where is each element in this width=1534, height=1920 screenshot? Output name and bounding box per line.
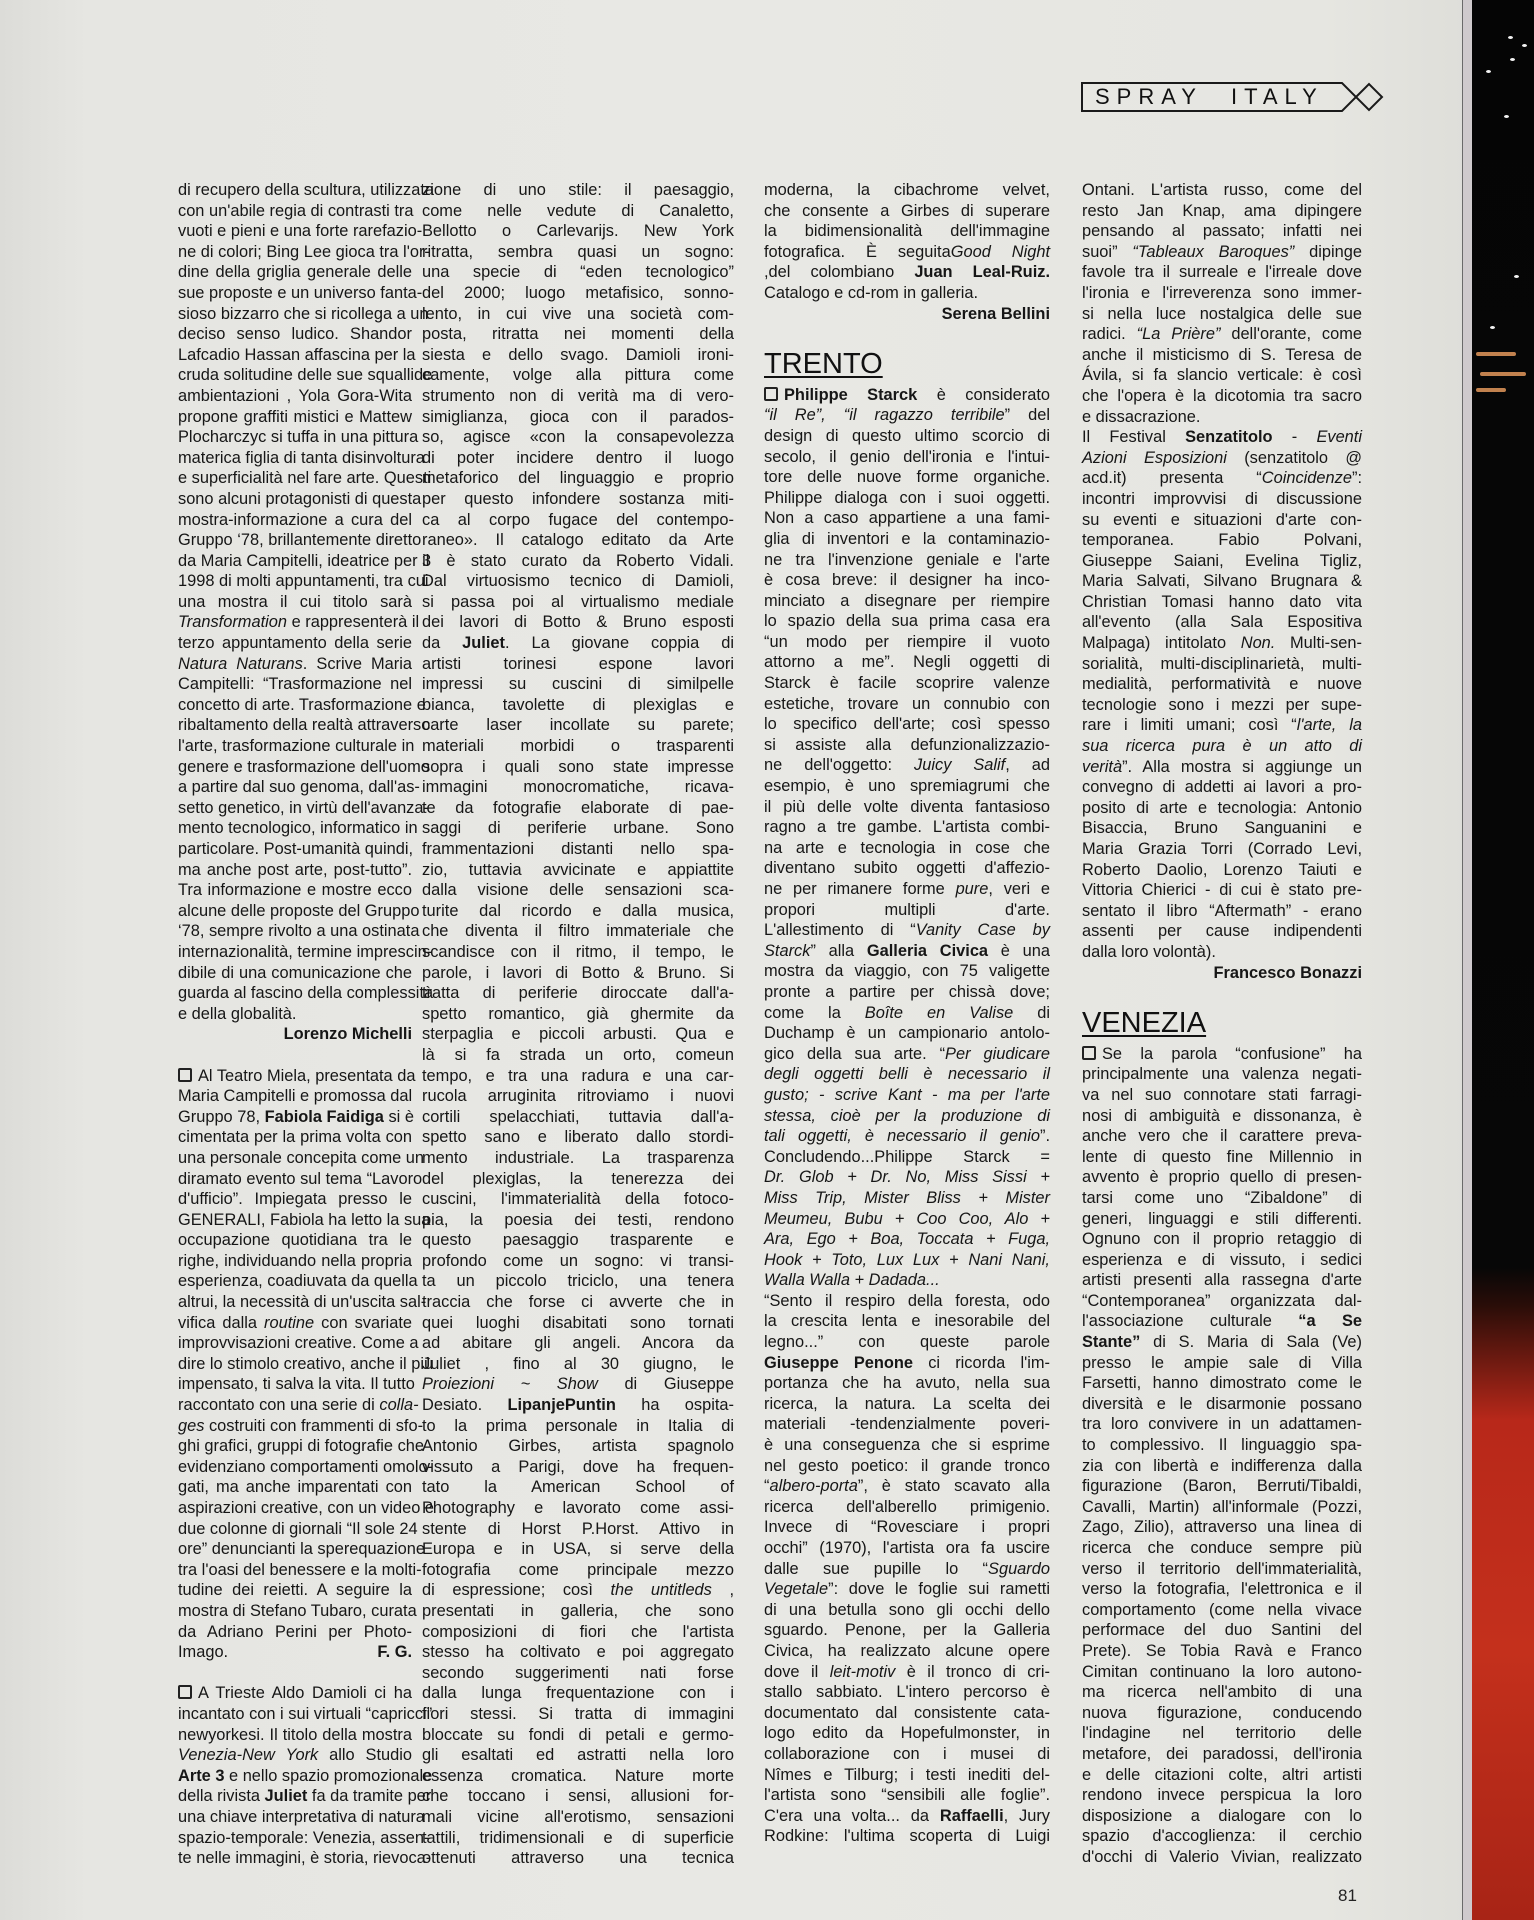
text-line: Christian Tomasi hanno dato vita (1082, 592, 1362, 613)
italic-text: pure (956, 880, 989, 898)
text-segment: presso le ampie sale di Villa (1082, 1354, 1362, 1372)
text-segment: e delle citazioni colte, altri artisti (1082, 1766, 1362, 1784)
text-line: “un modo per riempire il vuoto (764, 632, 1050, 653)
text-segment: tore delle nuove forme organiche. (764, 468, 1050, 486)
text-line: assenti per cause indipendenti (1082, 921, 1362, 942)
text-line: di poter incidere dentro il luogo (422, 448, 734, 469)
text-segment: genere e trasformazione dell'uomo (178, 758, 430, 776)
text-segment: Maria Salvati, Silvano Brugnara & (1082, 572, 1362, 590)
text-segment: metafore, dei paradossi, dell'ironia (1082, 1745, 1362, 1763)
text-segment: dalle sue pupille lo “ (764, 1560, 988, 1578)
text-line: con un'abile regia di contrasti tra (178, 201, 412, 222)
text-segment: allo Studio (318, 1746, 412, 1764)
text-segment: ” del (1005, 406, 1050, 424)
text-line: di espressione; così the untitleds , (422, 1580, 734, 1601)
text-line: genere e trasformazione dell'uomo (178, 757, 412, 778)
text-line: nosi di ambiguità e dissonanza, è (1082, 1106, 1362, 1127)
text-segment: Cimitan continuano la loro autono- (1082, 1663, 1362, 1681)
text-line: dire lo stimolo creativo, anche il più (178, 1354, 412, 1375)
text-segment: Serena Bellini (942, 305, 1050, 323)
text-segment: cortili spelacchiati, tuttavia dall'a- (422, 1108, 734, 1126)
text-segment: altrui, la necessità di un'uscita sal- (178, 1293, 426, 1311)
text-line: cimentata per la prima volta con (178, 1127, 412, 1148)
text-segment: generi, linguaggi e stili differenti. (1082, 1210, 1362, 1228)
text-segment: particolare. Post-umanità quindi, (178, 840, 413, 858)
italic-text: Venezia-New York (178, 1746, 318, 1764)
text-line: Walla Walla + Dadada... (764, 1270, 1050, 1291)
text-line: secondo suggerimenti nati forse (422, 1663, 734, 1684)
text-line: ne tra l'invenzione geniale e l'arte (764, 550, 1050, 571)
text-line: ‘78, sempre rivolto a una ostinata (178, 921, 412, 942)
text-line: Philippe Starck è considerato (764, 385, 1050, 406)
text-segment: e superficialità nel fare arte. Questi (178, 469, 431, 487)
text-line: propori multipli d'arte. (764, 900, 1050, 921)
text-segment: di (1013, 1004, 1050, 1022)
text-column-4: Ontani. L'artista russo, come delresto J… (1082, 180, 1362, 1868)
italic-text: gusto; - scrive Kant - ma per l'arte (764, 1086, 1050, 1104)
italic-text: Per giudicare (945, 1045, 1050, 1063)
text-line: ritratta, sembra quasi un sogno: (422, 242, 734, 263)
text-line: ne per rimanere forme pure, veri e (764, 879, 1050, 900)
text-line: l'associazione culturale “a Se (1082, 1311, 1362, 1332)
text-line: Catalogo e cd-rom in galleria. (764, 283, 1050, 304)
text-line: Transformation e rappresenterà il (178, 612, 412, 633)
text-segment: spazio-temporale: Venezia, assen- (178, 1829, 429, 1847)
text-line: diversità e le disarmonie possano (1082, 1394, 1362, 1415)
checkbox-bullet-icon (1082, 1046, 1096, 1060)
text-segment: si nella luce nostalgica delle sue (1082, 305, 1362, 323)
text-line: zio, tuttavia avvicinate e appiattite (422, 860, 734, 881)
italic-text: Non. (1241, 634, 1276, 652)
text-line: esempio, è uno spremiagrumi che (764, 776, 1050, 797)
text-segment: disposizione a dialogare con lo (1082, 1807, 1362, 1825)
text-line: presso le ampie sale di Villa (1082, 1353, 1362, 1374)
text-segment: sue proposte e un universo fanta- (178, 284, 422, 302)
text-segment: Vittoria Chierici - di cui è stato pre- (1082, 881, 1362, 899)
text-line: “Sento il respiro della foresta, odo (764, 1291, 1050, 1312)
double-diamond-icon (1332, 82, 1386, 112)
text-line: sguardo. Penone, per la Galleria (764, 1620, 1050, 1641)
text-line: verso il territorio dell'immaterialità, (1082, 1559, 1362, 1580)
text-segment: di una betulla sono gli occhi dello (764, 1601, 1050, 1619)
text-line: Roberto Daolio, Lorenzo Taiuti e (1082, 860, 1362, 881)
text-segment: anche vero che il carattere preva- (1082, 1127, 1362, 1145)
text-segment: ca al corpo fugace del contempo- (422, 511, 734, 529)
text-line: design di questo ultimo scorcio di (764, 426, 1050, 447)
text-line: ta un piccolo triciclo, una tenera (422, 1271, 734, 1292)
text-segment: vuoti e pieni e una forte rarefazio- (178, 222, 422, 240)
text-line: Antonio Girbes, artista spagnolo (422, 1436, 734, 1457)
text-line: attorno a me”. Negli oggetti di (764, 652, 1050, 673)
text-segment: dipinge (1294, 243, 1362, 261)
text-line: artisti torinesi espone lavori (422, 654, 734, 675)
text-segment: incontri improvvisi di discussione (1082, 490, 1362, 508)
text-segment: favole tra il surreale e l'irreale dove (1082, 263, 1362, 281)
text-line: Ognuno con il proprio retaggio di (1082, 1229, 1362, 1250)
text-segment: dine della griglia generale delle (178, 263, 412, 281)
text-segment: Duchamp è un campionario antolo- (764, 1024, 1050, 1042)
text-segment: di S. Maria di Sala (Ve) (1140, 1333, 1362, 1351)
italic-text: albero-porta (769, 1477, 857, 1495)
text-segment: l'ironia e l'irreverenza sono immer- (1082, 284, 1362, 302)
text-line: mostra-informazione a cura del (178, 510, 412, 531)
text-segment: dalla loro volontà). (1082, 943, 1216, 961)
text-line: Venezia-New York allo Studio (178, 1745, 412, 1766)
header-label-spray: SPRAY (1095, 84, 1203, 110)
text-line: disposizione a dialogare con lo (1082, 1806, 1362, 1827)
text-line: 3 è stato curato da Roberto Vidali. (422, 551, 734, 572)
text-line: saggi di periferie urbane. Sono (422, 818, 734, 839)
text-segment: materiali morbidi o trasparenti (422, 737, 734, 755)
text-line: secolo, il genio dell'ironia e l'intui- (764, 447, 1050, 468)
text-line: na arte e tecnologia in cose che (764, 838, 1050, 859)
text-line: Ávila, si fa slancio verticale: è così (1082, 365, 1362, 386)
text-segment: rucola arruginita ritroviamo i nuovi (422, 1087, 734, 1105)
header-label-italy: ITALY (1231, 84, 1324, 110)
text-line: documentato dal consistente cata- (764, 1703, 1050, 1724)
text-segment: ne tra l'invenzione geniale e l'arte (764, 551, 1050, 569)
text-segment: cruda solitudine delle sue squallide (178, 366, 432, 384)
text-segment: costruiti con frammenti di sfo- (204, 1417, 423, 1435)
italic-text: Miss Trip, Mister Bliss + Mister (764, 1189, 1050, 1207)
text-line: l'arte, trasformazione culturale in (178, 736, 412, 757)
text-line: ricerca dell'alberello primigenio. (764, 1497, 1050, 1518)
text-line: una personale concepita come un (178, 1148, 412, 1169)
text-line: Maria Grazia Torri (Corrado Levi, (1082, 839, 1362, 860)
text-line: Vittoria Chierici - di cui è stato pre- (1082, 880, 1362, 901)
italic-text: the untitleds (610, 1581, 711, 1599)
text-segment: lente di questo fine Millennio in (1082, 1148, 1362, 1166)
text-segment: Bellotto o Carlevarijs. New York (422, 222, 734, 240)
text-line: e superficialità nel fare arte. Questi (178, 468, 412, 489)
text-segment: Rodkine: l'ultima scoperta di Luigi (764, 1827, 1050, 1845)
text-line: righe, individuando nella propria (178, 1251, 412, 1272)
text-line: rendono invece perspicua la loro (1082, 1785, 1362, 1806)
text-line: raneo». Il catalogo editato da Arte (422, 530, 734, 551)
text-line: Maria Salvati, Silvano Brugnara & (1082, 571, 1362, 592)
text-segment: Photography e lavorato come assi- (422, 1499, 734, 1517)
text-line: scandisce con il ritmo, il tempo, le (422, 942, 734, 963)
text-segment: Malpaga) intitolato (1082, 634, 1241, 652)
text-line: Campitelli: “Trasformazione nel (178, 674, 412, 695)
text-segment: esempio, è uno spremiagrumi che (764, 777, 1050, 795)
text-segment: all'evento (alla Sala Espositiva (1082, 613, 1362, 631)
text-line: Dal virtuosismo tecnico di Damioli, (422, 571, 734, 592)
text-line: è cosa breve: il designer ha inco- (764, 570, 1050, 591)
text-line: incantato con i sui virtuali “capricci” (178, 1704, 412, 1725)
text-segment: Non a caso appartiene a una fami- (764, 509, 1050, 527)
text-line: Gruppo ‘78, brillantemente diretto (178, 530, 412, 551)
text-segment: Imago. (178, 1642, 228, 1663)
text-line: rucola arruginita ritroviamo i nuovi (422, 1086, 734, 1107)
text-line: cortili spelacchiati, tuttavia dall'a- (422, 1107, 734, 1128)
text-line: essenza cromatica. Nature morte (422, 1766, 734, 1787)
author-signature: Serena Bellini (764, 304, 1050, 325)
italic-text: Starck (764, 942, 810, 960)
text-segment: ha ospita- (616, 1396, 734, 1414)
text-segment: portanza che ha avuto, nella sua (764, 1374, 1050, 1392)
text-line: to complessivo. Il linguaggio spa- (1082, 1435, 1362, 1456)
text-segment: C'era una volta... da (764, 1807, 940, 1825)
italic-text: Proiezioni ~ Show (422, 1375, 598, 1393)
text-segment: nel gesto poetico: il grande tronco (764, 1457, 1050, 1475)
text-line: collaborazione con i musei di (764, 1744, 1050, 1765)
text-segment: dell'orante, come (1220, 325, 1362, 343)
italic-text: Eventi (1316, 428, 1362, 446)
text-line: del 2000; luogo metafisico, sonno- (422, 283, 734, 304)
text-segment: metaforico del linguaggio e proprio (422, 469, 734, 487)
text-segment: Ognuno con il proprio retaggio di (1082, 1230, 1362, 1248)
text-line: una specie di “eden tecnologico” (422, 262, 734, 283)
text-segment: Prete). Se Tobia Ravà e Franco (1082, 1642, 1362, 1660)
text-line: spazio d'accoglienza: il cerchio (1082, 1826, 1362, 1847)
text-segment: concetto di arte. Trasformazione e (178, 696, 426, 714)
text-line: tudine dei reietti. A seguire la (178, 1580, 412, 1601)
text-segment: so, agisce «con la consapevolezza (422, 428, 734, 446)
text-segment: ”. Alla mostra si aggiunge un (1122, 758, 1362, 776)
text-segment: Tra informazione e mostre ecco (178, 881, 412, 899)
text-line: simiglianza, gioca con il parados- (422, 407, 734, 428)
text-line: Natura Naturans. Scrive Maria (178, 654, 412, 675)
text-line: metaforico del linguaggio e proprio (422, 468, 734, 489)
text-segment: d'ufficio”. Impiegata presso le (178, 1190, 412, 1208)
text-segment: immagini monocromatiche, ricava- (422, 778, 734, 796)
text-line: impressi su cuscini di similpelle (422, 674, 734, 695)
text-segment: sono alcuni protagonisti di questa (178, 490, 421, 508)
text-line: strumento non di verità ma di vero- (422, 386, 734, 407)
text-line: vuoti e pieni e una forte rarefazio- (178, 221, 412, 242)
text-segment: dire lo stimolo creativo, anche il più (178, 1355, 433, 1373)
text-segment: bianca, tavolette di plexiglas e (422, 696, 734, 714)
text-line: va nel suo connotare stati farragi- (1082, 1085, 1362, 1106)
text-segment: si è (384, 1108, 414, 1126)
bold-text: Fabiola Faidiga (265, 1108, 384, 1126)
text-line: quei luoghi disabitati sono tornati (422, 1313, 734, 1334)
text-line: mostra di Stefano Tubaro, curata (178, 1601, 412, 1622)
text-line: Rodkine: l'ultima scoperta di Luigi (764, 1826, 1050, 1847)
text-segment: profondo come un sogno: vi transi- (422, 1252, 734, 1270)
text-line: Ara, Ego + Boa, Toccata + Fuga, (764, 1229, 1050, 1250)
text-line: per questo infondere sostanza miti- (422, 489, 734, 510)
text-segment: Francesco Bonazzi (1214, 964, 1362, 982)
text-line: Dr. Glob + Dr. No, Miss Sissi + (764, 1167, 1050, 1188)
text-line: stente di Horst P.Horst. Attivo in (422, 1519, 734, 1540)
text-line: minciato a disegnare per riempire (764, 591, 1050, 612)
text-line: particolare. Post-umanità quindi, (178, 839, 412, 860)
text-segment: a partire dal suo genoma, dall'as- (178, 778, 420, 796)
text-segment: per questo infondere sostanza miti- (422, 490, 734, 508)
text-segment: Cavalli, Martin) all'informale (Pozzi, (1082, 1498, 1362, 1516)
text-segment: mento tecnologico, informatico in (178, 819, 418, 837)
text-line: Cavalli, Martin) all'informale (Pozzi, (1082, 1497, 1362, 1518)
text-segment: che consente a Girbes di superare (764, 202, 1050, 220)
text-segment: ne per rimanere forme (764, 880, 956, 898)
text-segment: Nîmes e Tilburg; i testi inediti del- (764, 1766, 1050, 1784)
text-segment: tato la American School of (422, 1478, 734, 1496)
text-segment: frammentazioni distanti nello spa- (422, 840, 734, 858)
text-line: Concludendo...Philippe Starck = (764, 1147, 1050, 1168)
text-segment: fotografia come principale mezzo (422, 1561, 734, 1579)
text-segment: l'arte, trasformazione culturale in (178, 737, 414, 755)
text-line: stesso ha coltivato e poi aggregato (422, 1642, 734, 1663)
text-segment: aspirazioni creative, con un video e (178, 1499, 434, 1517)
text-line: dine della griglia generale delle (178, 262, 412, 283)
text-segment: Bisaccia, Bruno Sanguanini e (1082, 819, 1362, 837)
text-segment: sopra i quali sono state impresse (422, 758, 734, 776)
text-line: Desiato. LipanjePuntin ha ospita- (422, 1395, 734, 1416)
text-segment: mali vicine all'erotismo, sensazioni (422, 1808, 734, 1826)
text-line: ,del colombiano Juan Leal-Ruiz. (764, 262, 1050, 283)
text-segment: della rivista (178, 1787, 265, 1805)
text-segment: setto genetico, in virtù dell'avanza- (178, 799, 429, 817)
text-line: la bidimensionalità dell'immagine (764, 221, 1050, 242)
text-line: Plocharczyc si tuffa in una pittura (178, 427, 412, 448)
text-segment: design di questo ultimo scorcio di (764, 427, 1050, 445)
text-line: a partire dal suo genoma, dall'as- (178, 777, 412, 798)
text-line: mento tecnologico, informatico in (178, 818, 412, 839)
italic-text: colla- (379, 1396, 418, 1414)
text-segment: Campitelli: “Trasformazione nel (178, 675, 412, 693)
text-line: estetiche, trovare un connubio con (764, 694, 1050, 715)
text-line: Gruppo 78, Fabiola Faidiga si è (178, 1107, 412, 1128)
text-line: tarsi come uno “Zibaldone” di (1082, 1188, 1362, 1209)
text-line: materiali morbidi o trasparenti (422, 736, 734, 757)
text-segment: to complessivo. Il linguaggio spa- (1082, 1436, 1362, 1454)
text-segment: gati, ma anche imparentati con (178, 1478, 412, 1496)
text-line: Non a caso appartiene a una fami- (764, 508, 1050, 529)
text-segment: di espressione; così (422, 1581, 610, 1599)
text-line: sopra i quali sono state impresse (422, 757, 734, 778)
text-segment: fiori stessi. Si tratta di immagini (422, 1705, 734, 1723)
text-segment: è una conseguenza che si esprime (764, 1436, 1050, 1454)
text-segment: Zago, Zilio), attraverso una linea di (1082, 1518, 1362, 1536)
italic-text: degli oggetti belli è necessario il (764, 1065, 1050, 1083)
text-line: mostra da viaggio, con 75 valigette (764, 961, 1050, 982)
text-segment: . La giovane coppia di (505, 634, 734, 652)
text-segment: con un'abile regia di contrasti tra (178, 202, 413, 220)
text-line: come la Boîte en Valise di (764, 1003, 1050, 1024)
text-segment: pensando al passato; infatti nei (1082, 222, 1362, 240)
text-segment: . Scrive Maria (303, 655, 412, 673)
text-line: tempo, e tra una radura e una car- (422, 1066, 734, 1087)
text-line: là si fa strada un orto, comeun (422, 1045, 734, 1066)
text-line: ma anche post arte, post-tutto”. (178, 860, 412, 881)
text-segment: traccia che forse ci avverte che in (422, 1293, 734, 1311)
text-segment: glia di inventori e la contaminazio- (764, 530, 1050, 548)
text-line: Farsetti, hanno dimostrato come le (1082, 1373, 1362, 1394)
text-line: gico della sua arte. “Per giudicare (764, 1044, 1050, 1065)
text-line: tato la American School of (422, 1477, 734, 1498)
text-line: ribaltamento della realtà attraverso (178, 715, 412, 736)
text-segment: turite dal ricordo e dalla musica, (422, 902, 734, 920)
text-segment: dalla lunga frequentazione con i (422, 1684, 734, 1702)
paragraph-gap (178, 1045, 412, 1066)
italic-text: Dr. Glob + Dr. No, Miss Sissi + (764, 1168, 1050, 1186)
text-segment: materiali -tendenzialmente poveri- (764, 1415, 1050, 1433)
text-line: ragno a tre gambe. L'artista combi- (764, 817, 1050, 838)
italic-text: Walla Walla + Dadada... (764, 1271, 940, 1289)
text-segment: GENERALI, Fabiola ha letto la sua (178, 1211, 430, 1229)
text-segment: Giuseppe Saiani, Evelina Tigliz, (1082, 552, 1362, 570)
paragraph-gap (764, 324, 1050, 345)
text-line: vissuto a Parigi, dove ha frequen- (422, 1457, 734, 1478)
text-segment: suoi” (1082, 243, 1132, 261)
text-segment: tempo, e tra una radura e una car- (422, 1067, 734, 1085)
text-line: tali oggetti, è necessario il genio”. (764, 1126, 1050, 1147)
magazine-page: SPRAY ITALY di recupero della scultura, … (0, 0, 1470, 1920)
text-segment: composizioni di fiori che l'artista (422, 1623, 734, 1641)
text-line: anche il misticismo di S. Teresa de (1082, 345, 1362, 366)
text-line: bloccate su fondi di petali e germo- (422, 1725, 734, 1746)
text-line: fiori stessi. Si tratta di immagini (422, 1704, 734, 1725)
text-segment: ritratta, sembra quasi un sogno: (422, 243, 734, 261)
text-segment: si assiste alla defunzionalizzazio- (764, 736, 1050, 754)
text-line: Vegetale”: dove le foglie sui rametti (764, 1579, 1050, 1600)
text-segment: dibile di una comunicazione che (178, 964, 412, 982)
text-segment: Il Festival (1082, 428, 1185, 446)
text-line: da Juliet. La giovane coppia di (422, 633, 734, 654)
text-segment: e della globalità. (178, 1005, 296, 1023)
text-segment: collaborazione con i musei di (764, 1745, 1050, 1763)
text-segment: con svariate (314, 1314, 412, 1332)
text-segment: ma ricerca nell'ambito di una (1082, 1683, 1362, 1701)
bold-text: LipanjePuntin (507, 1396, 615, 1414)
text-segment: te nelle immagini, è storia, rievoca- (178, 1849, 431, 1867)
text-line: spetto romantico, già ghermite da (422, 1004, 734, 1025)
text-line: di una betulla sono gli occhi dello (764, 1600, 1050, 1621)
text-line: dalla visione delle sensazioni sca- (422, 880, 734, 901)
text-line: GENERALI, Fabiola ha letto la sua (178, 1210, 412, 1231)
text-line: verso la fotografia, l'elettronica e il (1082, 1579, 1362, 1600)
text-segment: si passa poi al virtualismo mediale (422, 593, 734, 611)
text-line: ma ricerca nell'ambito di una (1082, 1682, 1362, 1703)
text-line: setto genetico, in virtù dell'avanza- (178, 798, 412, 819)
text-line: stallo sabbiato. L'intero percorso è (764, 1682, 1050, 1703)
text-segment: Farsetti, hanno dimostrato come le (1082, 1374, 1362, 1392)
text-line: resto Jan Knap, ama dipingere (1082, 201, 1362, 222)
text-segment: spazio d'accoglienza: il cerchio (1082, 1827, 1362, 1845)
text-segment: come la (764, 1004, 865, 1022)
text-line: principalmente una valenza negati- (1082, 1064, 1362, 1085)
italic-text: Coincidenze (1262, 469, 1352, 487)
text-segment: impressi su cuscini di similpelle (422, 675, 734, 693)
text-segment: na arte e tecnologia in cose che (764, 839, 1050, 857)
text-segment: mostra da viaggio, con 75 valigette (764, 962, 1050, 980)
text-segment: moderna, la cibachrome velvet, (764, 181, 1050, 199)
text-segment: tattili, tridimensionali e di superficie (422, 1829, 734, 1847)
text-line: pronte a partire per chissà dove; (764, 982, 1050, 1003)
text-line: pensando al passato; infatti nei (1082, 221, 1362, 242)
text-line: camente, volge alla pittura come (422, 365, 734, 386)
text-line: sua ricerca pura è un atto di (1082, 736, 1362, 757)
text-segment: performace del duo Santini del (1082, 1621, 1362, 1639)
text-line: Giuseppe Penone ci ricorda l'im- (764, 1353, 1050, 1374)
text-line: figurazione (Baron, Berruti/Tibaldi, (1082, 1476, 1362, 1497)
italic-text: leit-motiv (830, 1663, 896, 1681)
text-segment: una personale concepita come un (178, 1149, 424, 1167)
author-signature: Francesco Bonazzi (1082, 963, 1362, 984)
text-segment: siesta e dello svago. Damioli ironi- (422, 346, 734, 364)
text-line: esperienza, coadiuvata da quella (178, 1271, 412, 1292)
text-line: lo spazio della sua prima casa era (764, 611, 1050, 632)
text-segment: spetto sano e liberato dallo stordi- (422, 1128, 734, 1146)
text-segment: propori multipli d'arte. (764, 901, 1050, 919)
italic-text: “La Prière” (1137, 325, 1221, 343)
text-line: una mostra il cui titolo sarà (178, 592, 412, 613)
text-segment: , (712, 1581, 734, 1599)
text-line: e della globalità. (178, 1004, 412, 1025)
text-segment: Dal virtuosismo tecnico di Damioli, (422, 572, 734, 590)
